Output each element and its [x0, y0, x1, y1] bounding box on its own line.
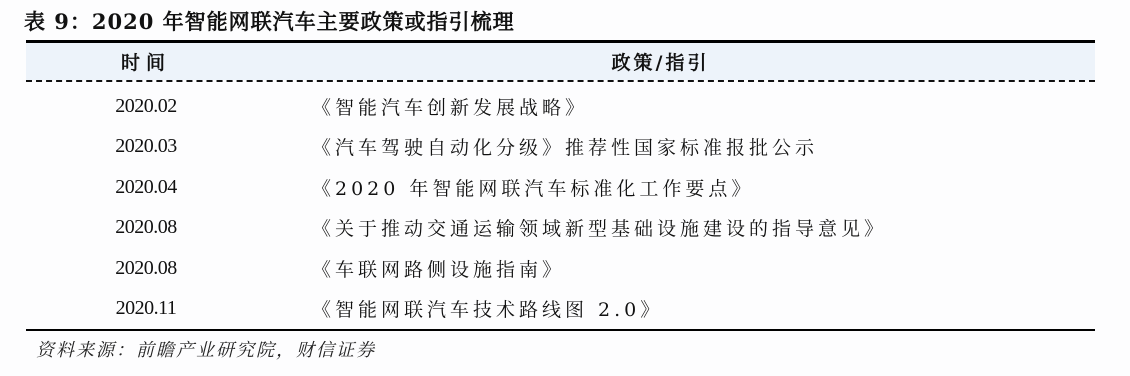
- bottom-rule: [26, 329, 1095, 331]
- cell-policy: 《智能网联汽车技术路线图 2.0》: [266, 295, 1095, 322]
- policy-table: 时间 政策/指引 2020.02 《智能汽车创新发展战略》 2020.03 《汽…: [26, 40, 1095, 331]
- table-header: 时间 政策/指引: [26, 43, 1095, 80]
- cell-time: 2020.08: [26, 216, 266, 239]
- table-row: 2020.11 《智能网联汽车技术路线图 2.0》: [26, 289, 1095, 330]
- cell-time: 2020.11: [26, 297, 266, 320]
- cell-time: 2020.02: [26, 95, 266, 118]
- source-note: 资料来源：前瞻产业研究院，财信证券: [36, 336, 376, 362]
- cell-policy: 《关于推动交通运输领域新型基础设施建设的指导意见》: [266, 214, 1095, 241]
- cell-policy: 《智能汽车创新发展战略》: [266, 93, 1095, 120]
- cell-policy: 《车联网路侧设施指南》: [266, 255, 1095, 282]
- table-row: 2020.04 《2020 年智能网联汽车标准化工作要点》: [26, 167, 1095, 208]
- cell-time: 2020.08: [26, 257, 266, 280]
- table-title: 表 9：2020 年智能网联汽车主要政策或指引梳理: [24, 6, 515, 36]
- table-row: 2020.08 《车联网路侧设施指南》: [26, 248, 1095, 289]
- column-header-time: 时间: [26, 48, 266, 75]
- cell-time: 2020.04: [26, 176, 266, 199]
- cell-time: 2020.03: [26, 135, 266, 158]
- cell-policy: 《汽车驾驶自动化分级》推荐性国家标准报批公示: [266, 133, 1095, 160]
- table-row: 2020.08 《关于推动交通运输领域新型基础设施建设的指导意见》: [26, 208, 1095, 249]
- table-row: 2020.02 《智能汽车创新发展战略》: [26, 86, 1095, 127]
- cell-policy: 《2020 年智能网联汽车标准化工作要点》: [266, 174, 1095, 201]
- column-header-policy: 政策/指引: [266, 48, 1095, 75]
- table-row: 2020.03 《汽车驾驶自动化分级》推荐性国家标准报批公示: [26, 127, 1095, 168]
